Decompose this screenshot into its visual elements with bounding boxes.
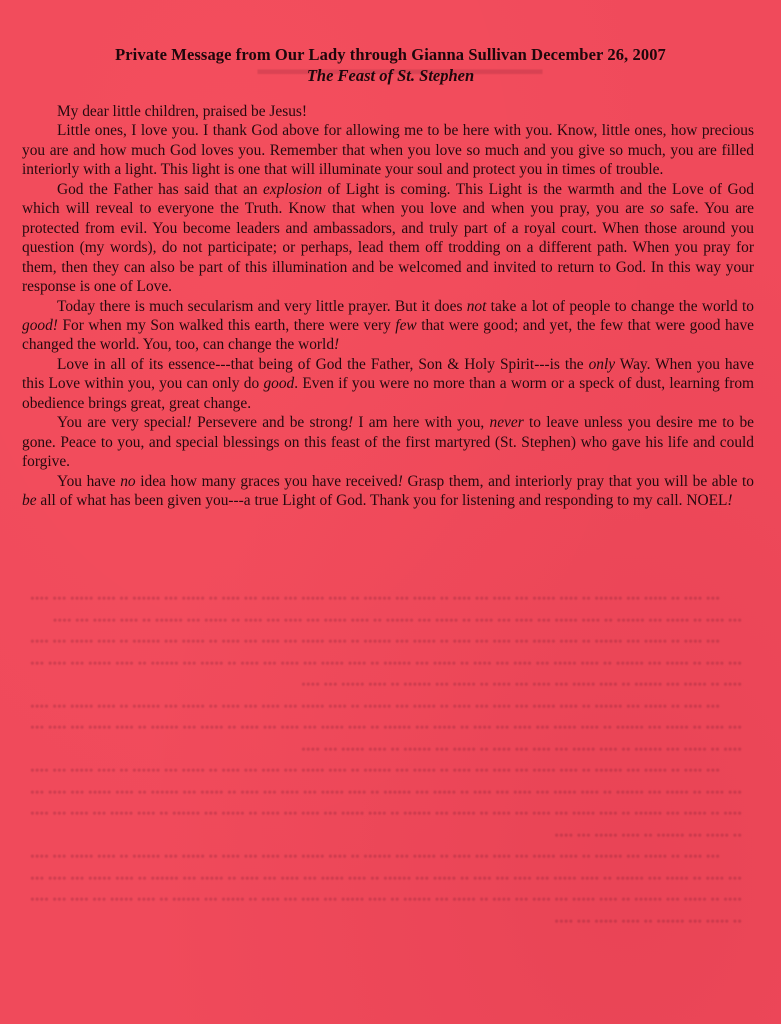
emphasized-text: not xyxy=(467,298,487,315)
message-paragraph: Love in all of its essence---that being … xyxy=(22,355,754,413)
paragraph-text: For when my Son walked this earth, there… xyxy=(58,317,395,334)
paragraph-text: Little ones, I love you. I thank God abo… xyxy=(22,122,754,178)
message-paragraph: God the Father has said that an explosio… xyxy=(22,180,754,297)
scanned-page: ▬▬▬▬▬▬▬▬▬▬▬▬▬▬▬▬▬▬▬ ••• •••• •• ••••• ••… xyxy=(0,0,781,1024)
emphasized-text: explosion xyxy=(263,181,322,198)
paragraph-text: idea how many graces you have received xyxy=(136,473,398,490)
emphasized-text: good xyxy=(263,375,294,392)
paragraph-text: You have xyxy=(57,473,120,490)
message-body: My dear little children, praised be Jesu… xyxy=(22,102,754,511)
emphasized-text: never xyxy=(490,414,524,431)
paragraph-text: all of what has been given you---a true … xyxy=(37,492,728,509)
document-subtitle: The Feast of St. Stephen xyxy=(0,65,781,86)
emphasized-text: no xyxy=(120,473,135,490)
paragraph-text: Persevere and be strong xyxy=(192,414,348,431)
message-paragraph: You are very special! Persevere and be s… xyxy=(22,413,754,471)
emphasized-text: few xyxy=(395,317,416,334)
paragraph-text: take a lot of people to change the world… xyxy=(486,298,754,315)
paragraph-text: You are very special xyxy=(57,414,187,431)
reverse-side-bleed-through: ••• •••• •• ••••• ••• •••••• •• •••• •••… xyxy=(30,588,742,932)
bleed-through-paragraph: ••• •••• •• ••••• ••• •••••• •• •••• •••… xyxy=(30,696,742,761)
paragraph-text: My dear little children, praised be Jesu… xyxy=(57,103,307,120)
document-title: Private Message from Our Lady through Gi… xyxy=(0,44,781,65)
emphasized-text: so xyxy=(650,200,664,217)
emphasized-text: ! xyxy=(727,492,732,509)
paragraph-text: Today there is much secularism and very … xyxy=(57,298,467,315)
message-paragraph: Today there is much secularism and very … xyxy=(22,297,754,355)
paragraph-text: I am here with you, xyxy=(353,414,489,431)
paragraph-text: God the Father has said that an xyxy=(57,181,263,198)
emphasized-text: good! xyxy=(22,317,58,334)
bleed-through-paragraph: ••• •••• •• ••••• ••• •••••• •• •••• •••… xyxy=(30,631,742,696)
emphasized-text: ! xyxy=(334,336,339,353)
bleed-through-paragraph: ••• •••• •• ••••• ••• •••••• •• •••• •••… xyxy=(30,588,742,631)
message-paragraph: Little ones, I love you. I thank God abo… xyxy=(22,121,754,179)
emphasized-text: only xyxy=(589,356,616,373)
paragraph-text: Grasp them, and interiorly pray that you… xyxy=(403,473,754,490)
bleed-through-paragraph: ••• •••• •• ••••• ••• •••••• •• •••• •••… xyxy=(30,846,742,932)
document-header: Private Message from Our Lady through Gi… xyxy=(0,44,781,86)
message-paragraph: You have no idea how many graces you hav… xyxy=(22,472,754,511)
paragraph-text: Love in all of its essence---that being … xyxy=(57,356,589,373)
message-paragraph: My dear little children, praised be Jesu… xyxy=(22,102,754,121)
bleed-through-paragraph: ••• •••• •• ••••• ••• •••••• •• •••• •••… xyxy=(30,760,742,846)
emphasized-text: be xyxy=(22,492,37,509)
